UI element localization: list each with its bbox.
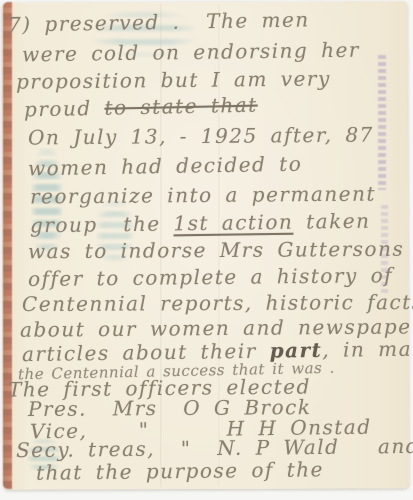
handwritten-line-10: offer to complete a history of <box>28 263 393 291</box>
handwritten-line-19: that the purpose of the <box>36 457 324 485</box>
handwritten-line-7: reorganize into a permanent <box>30 181 376 208</box>
text-segment: was to indorse Mrs Guttersons <box>28 237 404 264</box>
text-segment: offer to complete a history of <box>28 263 393 291</box>
text-segment: reorganize into a permanent <box>30 181 376 208</box>
handwritten-line-3: proposition but I am very <box>16 66 331 93</box>
text-segment: to state that <box>104 93 258 120</box>
text-segment: 1st action <box>173 210 293 236</box>
text-segment: taken <box>293 209 370 234</box>
text-segment: On July 13, - 1925 after, 87 <box>28 122 374 149</box>
text-segment: were cold on endorsing her <box>22 38 360 67</box>
handwritten-line-2: were cold on endorsing her <box>22 38 360 67</box>
handwritten-line-4: proud to state that <box>24 93 258 122</box>
text-segment: proposition but I am very <box>16 66 331 93</box>
text-segment: 7) preserved . The men <box>8 7 310 36</box>
text-segment: Centennial reports, historic facts <box>22 290 413 316</box>
text-segment: , in making <box>322 336 413 362</box>
handwritten-line-9: was to indorse Mrs Guttersons <box>28 237 404 264</box>
text-segment: that the purpose of the <box>36 457 324 485</box>
handwritten-line-1: 7) preserved . The men <box>8 7 310 36</box>
text-segment: proud <box>24 96 105 122</box>
handwritten-line-5: On July 13, - 1925 after, 87 <box>28 122 374 149</box>
text-segment: women had decided to <box>28 152 303 181</box>
handwritten-line-11: Centennial reports, historic facts <box>22 290 413 316</box>
handwriting-text: 7) preserved . The menwere cold on endor… <box>0 0 413 500</box>
handwritten-line-6: women had decided to <box>28 152 303 181</box>
handwritten-line-8: group the 1st action taken <box>30 209 371 238</box>
text-segment: group the <box>30 211 174 237</box>
